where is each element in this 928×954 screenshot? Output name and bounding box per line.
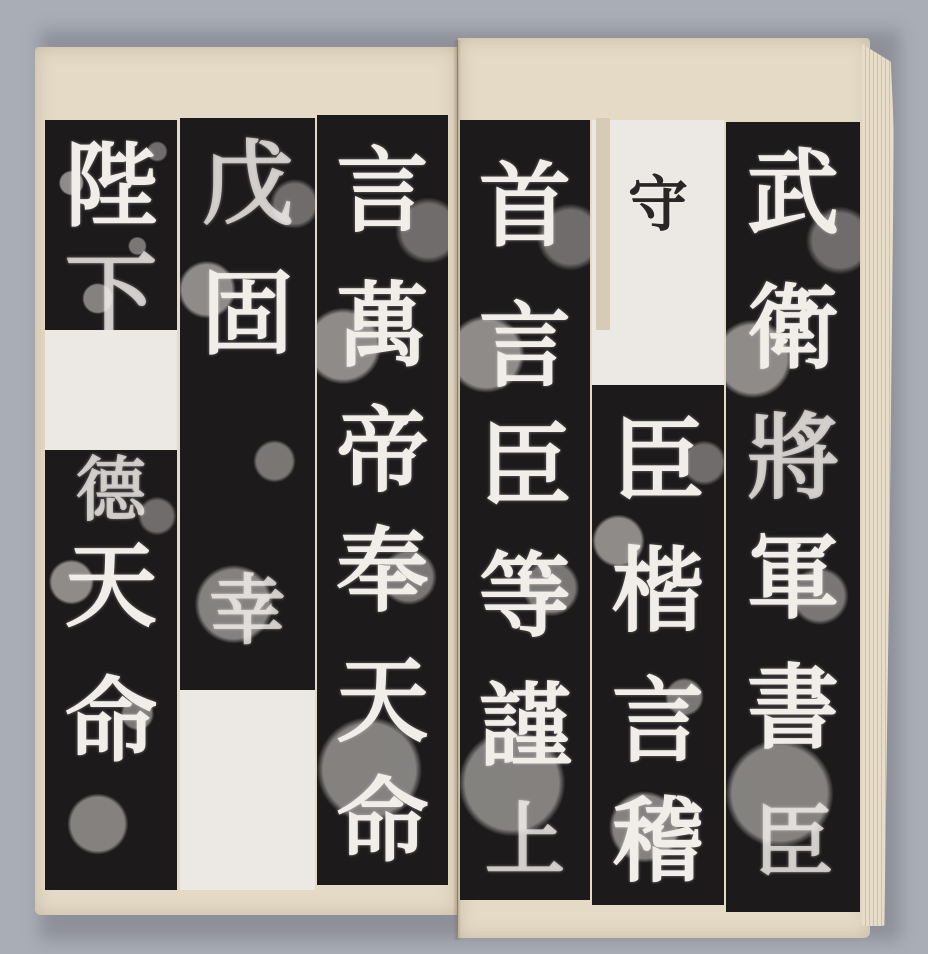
rubbing-character: 命 [317, 775, 448, 867]
rubbing-character: 武 [726, 147, 860, 239]
rubbing-character: 軍 [726, 532, 860, 624]
rubbing-character: 上 [460, 800, 590, 880]
blank-paper-patch [180, 690, 315, 890]
rubbing-character: 書 [726, 662, 860, 754]
rubbing-character: 帝 [317, 405, 448, 497]
rubbing-character: 臣 [460, 420, 590, 512]
rubbing-character: 將 [726, 412, 860, 504]
rubbing-strip-left-2: 戊 固 幸 [180, 118, 315, 690]
rubbing-character: 言 [592, 675, 724, 767]
rubbing-character: 命 [45, 675, 177, 767]
rubbing-strip-right-3: 武 衛 將 軍 書 臣 [726, 122, 860, 912]
rubbing-character: 幸 [180, 573, 315, 649]
rubbing-character: 萬 [317, 280, 448, 372]
paper-hinge-tab [596, 118, 610, 330]
rubbing-character: 首 [460, 160, 590, 252]
rubbing-character: 守 [592, 175, 724, 235]
rubbing-strip-right-2-top: 守 [592, 120, 724, 400]
blank-paper-patch [45, 330, 177, 450]
rubbing-strip-right-1: 首 言 臣 等 謹 上 [460, 120, 590, 900]
rubbing-character: 言 [317, 145, 448, 237]
rubbing-character: 臣 [592, 415, 724, 507]
rubbing-character: 等 [460, 550, 590, 642]
rubbing-character: 天 [317, 655, 448, 747]
rubbing-character: 衛 [726, 282, 860, 374]
rubbing-character: 謹 [460, 680, 590, 772]
rubbing-character: 陛 [45, 140, 177, 232]
rubbing-character: 天 [45, 540, 177, 632]
rubbing-character: 稽 [592, 795, 724, 887]
rubbing-strip-left-3: 言 萬 帝 奉 天 命 [317, 115, 448, 885]
rubbing-character: 楷 [592, 545, 724, 637]
rubbing-character: 奉 [317, 525, 448, 617]
rubbing-character: 臣 [726, 802, 860, 882]
rubbing-character: 下 [45, 250, 177, 330]
rubbing-strip-left-1: 陛 下 [45, 120, 177, 330]
rubbing-character: 言 [460, 300, 590, 392]
rubbing-strip-left-1b: 德 天 命 [45, 450, 177, 890]
rubbing-character: 德 [45, 455, 177, 525]
rubbing-strip-right-2: 臣 楷 言 稽 [592, 385, 724, 905]
rubbing-character: 戊 [180, 138, 315, 230]
rubbing-character: 固 [180, 268, 315, 360]
